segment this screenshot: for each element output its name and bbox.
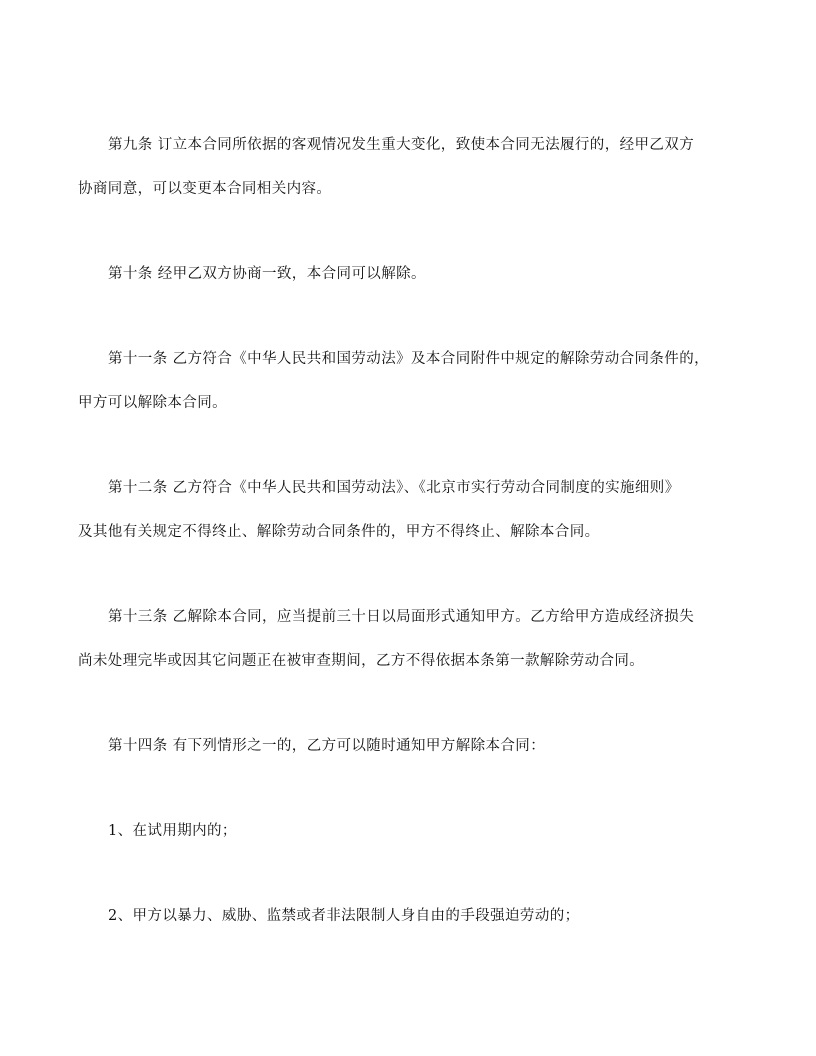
article-13-line-1: 第十三条 乙解除本合同，应当提前三十日以局面形式通知甲方。乙方给甲方造成经济损失 xyxy=(108,607,770,627)
item-2-line: 2、甲方以暴力、威胁、监禁或者非法限制人身自由的手段强迫劳动的； xyxy=(108,906,770,926)
item-1-line: 1、在试用期内的； xyxy=(108,821,770,841)
article-10-line-1: 第十条 经甲乙双方协商一致，本合同可以解除。 xyxy=(108,264,770,284)
article-12-line-1: 第十二条 乙方符合《中华人民共和国劳动法》、《北京市实行劳动合同制度的实施细则》 xyxy=(108,478,770,498)
document-page: 第九条 订立本合同所依据的客观情况发生重大变化，致使本合同无法履行的，经甲乙双方… xyxy=(0,0,816,1056)
article-11-line-2: 甲方可以解除本合同。 xyxy=(78,393,740,413)
article-9-line-1: 第九条 订立本合同所依据的客观情况发生重大变化，致使本合同无法履行的，经甲乙双方 xyxy=(108,135,770,155)
article-14-line-1: 第十四条 有下列情形之一的，乙方可以随时通知甲方解除本合同： xyxy=(108,736,770,756)
article-9-line-2: 协商同意，可以变更本合同相关内容。 xyxy=(78,179,740,199)
article-13-line-2: 尚未处理完毕或因其它问题正在被审查期间，乙方不得依据本条第一款解除劳动合同。 xyxy=(78,651,740,671)
article-11-line-1: 第十一条 乙方符合《中华人民共和国劳动法》及本合同附件中规定的解除劳动合同条件的… xyxy=(108,349,770,369)
article-12-line-2: 及其他有关规定不得终止、解除劳动合同条件的，甲方不得终止、解除本合同。 xyxy=(78,522,740,542)
